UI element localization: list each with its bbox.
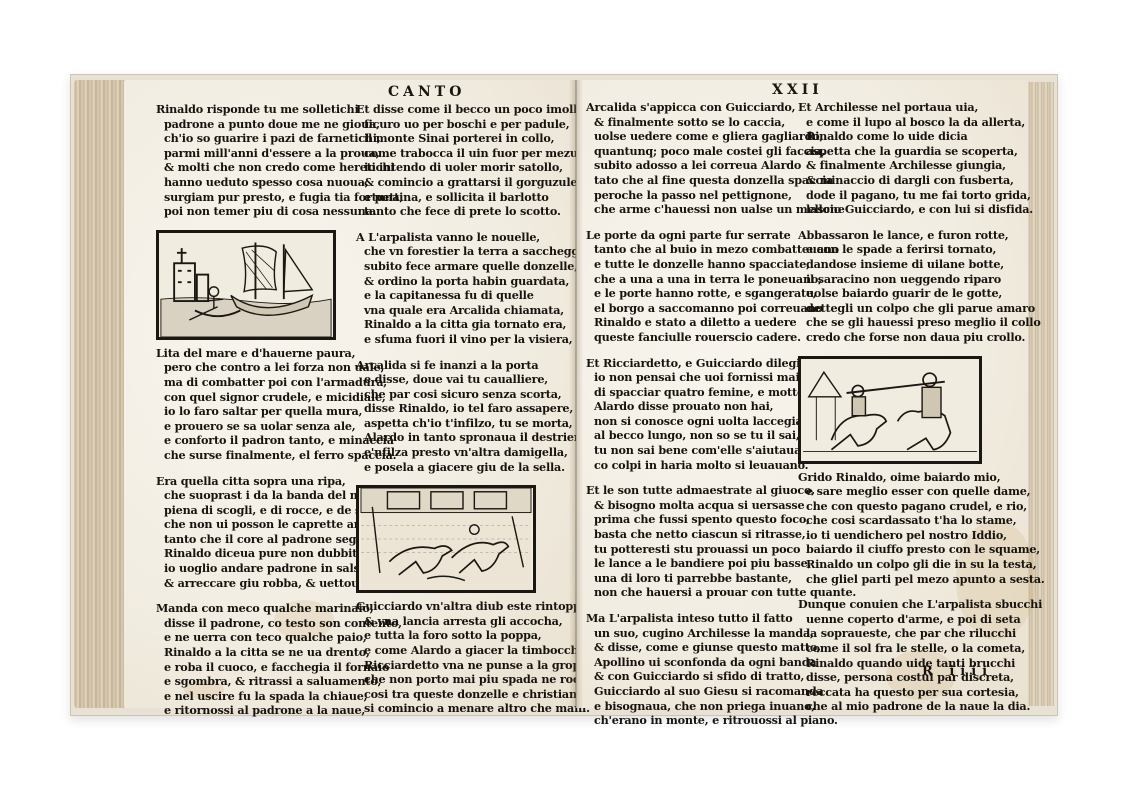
- verse-line: io ti uendichero pel nostro Iddio,: [798, 528, 1016, 543]
- ship-harbor-woodcut: [156, 230, 336, 340]
- verse-line: non si conosce ogni uolta laccegia: [586, 414, 804, 429]
- verse-line: tanto che al buio in mezo combatteuano: [586, 242, 804, 257]
- verse-line: che cosi scardassato t'ha lo stame,: [798, 513, 1016, 528]
- verse-line: che arme c'hauessi non ualse un mellone: [586, 202, 804, 217]
- verse-line: e tutta la foro sotto la poppa,: [356, 628, 574, 643]
- left-page: CANTO Rinaldo risponde tu me solletichip…: [124, 80, 576, 708]
- verse-line: Ma L'arpalista inteso tutto il fatto: [586, 611, 804, 626]
- verse-line: Era quella citta sopra una ripa,: [156, 474, 374, 489]
- verse-line: & bisogno molta acqua si uersasse: [586, 498, 804, 513]
- jousting-knights-woodcut: [798, 356, 982, 464]
- verse-line: & molti che non credo come heretichi: [156, 160, 374, 175]
- verse-line: Rinaldo diceua pure non dubbitare,: [156, 546, 374, 561]
- verse-line: io lo faro saltar per quella mura,: [156, 404, 374, 419]
- verse-line: e le porte hanno rotte, e sgangerate,: [586, 286, 804, 301]
- page-edges-left: [74, 80, 128, 708]
- verse-line: Et disse come il becco un poco imollo: [356, 102, 574, 117]
- verse-line: prima che fussi spento questo foco,: [586, 512, 804, 527]
- right-page-column-1: Arcalida s'appicca con Guicciardo,& fina…: [586, 100, 804, 739]
- verse-line: subito adosso a lei correua Alardo: [586, 158, 804, 173]
- verse-line: che a una a una in terra le poneuano,: [586, 272, 804, 287]
- verse-line: Rinaldo a la citta gia tornato era,: [356, 317, 574, 332]
- stanza: Le porte da ogni parte fur serratetanto …: [586, 228, 804, 345]
- stanza: Dunque conuien che L'arpalista sbucchiue…: [798, 597, 1016, 714]
- verse-line: tato che al fine questa donzella spaccia: [586, 173, 804, 188]
- verse-line: Ricciardetto vna ne punse a la groppa: [356, 658, 574, 673]
- stanza: Et le son tutte admaestrate al giuoco,& …: [586, 483, 804, 600]
- verse-line: che con questo pagano crudel, e rio,: [798, 499, 1016, 514]
- stanza: Et Ricciardetto, e Guicciardo dilegiaio …: [586, 356, 804, 473]
- verse-line: e sare meglio esser con quelle dame,: [798, 484, 1016, 499]
- verse-line: piena di scogli, e di rocce, e de stipa,: [156, 503, 374, 518]
- verse-line: e ne uerra con teco qualche paio,: [156, 630, 374, 645]
- verse-line: surgiam pur presto, e fugia tia fortuna,: [156, 190, 374, 205]
- verse-line: Lita del mare e d'hauerne paura,: [156, 346, 374, 361]
- verse-line: co colpi in haria molto si leuauano.: [586, 458, 804, 473]
- verse-line: il monte Sinai porterei in collo,: [356, 131, 574, 146]
- verse-line: & vna lancia arresta gli accocha,: [356, 614, 574, 629]
- verse-line: Rinaldo un colpo gli die in su la testa,: [798, 557, 1016, 572]
- stanza: Abbassaron le lance, e furon rotte,e con…: [798, 228, 1016, 345]
- verse-line: Arcalida s'appicca con Guicciardo,: [586, 100, 804, 115]
- verse-line: come trabocca il uin fuor per mezule,: [356, 146, 574, 161]
- verse-line: Guicciardo vn'altra diub este rintoppa,: [356, 599, 574, 614]
- verse-line: queste fanciulle rouerscio cadere.: [586, 330, 804, 345]
- verse-line: Et Ricciardetto, e Guicciardo dilegia: [586, 356, 804, 371]
- verse-line: ma di combatter poi con l'armadura,: [156, 375, 374, 390]
- verse-line: poi non temer piu di cosa nessuna.: [156, 204, 374, 219]
- verse-line: & arreccare giu robba, & uettouaglia.: [156, 576, 374, 591]
- verse-line: Manda con meco qualche marinaio,: [156, 601, 374, 616]
- left-page-column-2: Et disse come il becco un poco imollofic…: [356, 102, 574, 727]
- verse-line: che non porto mai piu spada ne roccha: [356, 672, 574, 687]
- verse-line: aspetta che la guardia se scoperta,: [798, 144, 1016, 159]
- verse-line: Et Archilesse nel portaua uia,: [798, 100, 1016, 115]
- verse-line: disse Rinaldo, io tel faro assapere,: [356, 401, 574, 416]
- verse-line: e nel uscire fu la spada la chiaue,: [156, 689, 374, 704]
- stanza: Guicciardo vn'altra diub este rintoppa,&…: [356, 599, 574, 716]
- verse-line: un suo, cugino Archilesse la manda,: [586, 626, 804, 641]
- verse-line: & disse, come e giunse questo matto,: [586, 640, 804, 655]
- verse-line: con quel signor crudele, e micidiale,: [156, 390, 374, 405]
- verse-line: tanto che il core al padrone segli scipa…: [156, 532, 374, 547]
- stanza: Et disse come il becco un poco imollofic…: [356, 102, 574, 219]
- verse-line: vna quale era Arcalida chiamata,: [356, 303, 574, 318]
- verse-line: Dunque conuien che L'arpalista sbucchi: [798, 597, 1016, 612]
- verse-line: parmi mill'anni d'essere a la proua,: [156, 146, 374, 161]
- verse-line: e tutte le donzelle hanno spacciate,: [586, 257, 804, 272]
- verse-line: che par cosi sicuro senza scorta,: [356, 387, 574, 402]
- verse-line: e roba il cuoco, e facchegia il fornaio: [156, 660, 374, 675]
- verse-line: Rinaldo risponde tu me solletichi: [156, 102, 374, 117]
- stanza: Arcalida si fe inanzi a la portae disse,…: [356, 358, 574, 475]
- stanza: Grido Rinaldo, oime baiardo mio,e sare m…: [798, 470, 1016, 587]
- signature-mark: R iiii: [922, 664, 993, 679]
- verse-line: Grido Rinaldo, oime baiardo mio,: [798, 470, 1016, 485]
- verse-line: Alardo disse prouato non hai,: [586, 399, 804, 414]
- verse-line: una di loro ti parrebbe bastante,: [586, 571, 804, 586]
- verse-line: non che hauersi a prouar con tutte quant…: [586, 585, 804, 600]
- verse-line: Arcalida si fe inanzi a la porta: [356, 358, 574, 373]
- verse-line: Et le son tutte admaestrate al giuoco,: [586, 483, 804, 498]
- verse-line: & comincio a grattarsi il gorguzule,: [356, 175, 574, 190]
- verse-line: e sfuma fuori il vino per la visiera,: [356, 332, 574, 347]
- verse-line: e prouero se sa uolar senza ale,: [156, 419, 374, 434]
- verse-line: uolse baiardo guarir de le gotte,: [798, 286, 1016, 301]
- right-page-column-2: Et Archilesse nel portaua uia,e come il …: [798, 100, 1016, 725]
- verse-line: Le porte da ogni parte fur serrate: [586, 228, 804, 243]
- tournament-woodcut: [356, 485, 536, 593]
- verse-line: & finalmente Archilesse giungia,: [798, 158, 1016, 173]
- verse-line: reccata ha questo per sua cortesia,: [798, 685, 1016, 700]
- verse-line: e come Alardo a giacer la timboccha,: [356, 643, 574, 658]
- verse-line: e con le spade a ferirsi tornato,: [798, 242, 1016, 257]
- verse-line: le lance a le bandiere poi piu basse,: [586, 556, 804, 571]
- verse-line: Rinaldo a la citta se ne ua drento,: [156, 645, 374, 660]
- verse-line: che suoprast i da la banda del mare,: [156, 488, 374, 503]
- running-head-chapter-number: XXII: [772, 82, 823, 98]
- verse-line: Guicciardo al suo Giesu si racomanda: [586, 684, 804, 699]
- stanza: Rinaldo risponde tu me solletichipadrone…: [156, 102, 374, 219]
- verse-line: il saracino non ueggendo riparo: [798, 272, 1016, 287]
- verse-line: Rinaldo come lo uide dicia: [798, 129, 1016, 144]
- verse-line: e conforto il padron tanto, e minaccia: [156, 433, 374, 448]
- verse-line: che vn forestier la terra a saccheggiata: [356, 244, 574, 259]
- book-gutter: [569, 80, 583, 708]
- verse-line: cosi tra queste donzelle e christiani: [356, 687, 574, 702]
- verse-line: quantunq; poco male costei gli faccia,: [586, 144, 804, 159]
- verse-line: lascio Guicciardo, e con lui si disfida.: [798, 202, 1016, 217]
- verse-line: e pettina, e sollicita il barlotto: [356, 190, 574, 205]
- verse-line: ch'io so guarire i pazi de farnetichi,: [156, 131, 374, 146]
- verse-line: di spacciar quatro femine, e mottegia: [586, 385, 804, 400]
- verse-line: dettegli un colpo che gli parue amaro: [798, 301, 1016, 316]
- verse-line: basta che netto ciascun si ritrasse,: [586, 527, 804, 542]
- verse-line: che non ui posson le caprette andare: [156, 517, 374, 532]
- stanza: Et Archilesse nel portaua uia,e come il …: [798, 100, 1016, 217]
- verse-line: aspetta ch'io t'infilzo, tu se morta,: [356, 416, 574, 431]
- verse-line: al becco lungo, non so se tu il sai,: [586, 428, 804, 443]
- verse-line: la sopraueste, che par che rilucchi: [798, 626, 1016, 641]
- verse-line: uenne coperto d'arme, e poi di seta: [798, 612, 1016, 627]
- verse-line: dode il pagano, tu me fai torto grida,: [798, 188, 1016, 203]
- stanza: Era quella citta sopra una ripa,che suop…: [156, 474, 374, 591]
- verse-line: che gliel parti pel mezo apunto a sesta.: [798, 572, 1016, 587]
- verse-line: e la capitanessa fu di quelle: [356, 288, 574, 303]
- stanza: Arcalida s'appicca con Guicciardo,& fina…: [586, 100, 804, 217]
- verse-line: credo che forse non daua piu crollo.: [798, 330, 1016, 345]
- verse-line: io intendo di uoler morir satollo,: [356, 160, 574, 175]
- verse-line: hanno ueduto spesso cosa nuoua,: [156, 175, 374, 190]
- open-book: CANTO Rinaldo risponde tu me solletichip…: [64, 68, 1060, 720]
- verse-line: el borgo a saccomanno poi correuano: [586, 301, 804, 316]
- running-head-canto: CANTO: [388, 84, 465, 100]
- verse-line: baiardo il ciuffo presto con le squame,: [798, 542, 1016, 557]
- verse-line: si comincio a menare altro che mani.: [356, 701, 574, 716]
- verse-line: Abbassaron le lance, e furon rotte,: [798, 228, 1016, 243]
- verse-line: tu non sai bene com'elle s'aiutauano: [586, 443, 804, 458]
- verse-line: e sgombra, & ritrassi a saluamento,: [156, 674, 374, 689]
- verse-line: che al mio padrone de la naue la dia.: [798, 699, 1016, 714]
- verse-line: disse il padrone, co testo son contento,: [156, 616, 374, 631]
- stanza: Lita del mare e d'hauerne paura,pero che…: [156, 346, 374, 463]
- verse-line: padrone a punto doue me ne gioua,: [156, 117, 374, 132]
- verse-line: io non pensai che uoi fornissi mai: [586, 370, 804, 385]
- verse-line: & con Guicciardo si sfido di tratto,: [586, 669, 804, 684]
- verse-line: tu potteresti stu prouassi un poco: [586, 542, 804, 557]
- verse-line: A L'arpalista vanno le nouelle,: [356, 230, 574, 245]
- stanza: A L'arpalista vanno le nouelle,che vn fo…: [356, 230, 574, 347]
- verse-line: & ordino la porta habin guardata,: [356, 274, 574, 289]
- right-page: XXII Arcalida s'appicca con Guicciardo,&…: [576, 80, 1028, 708]
- verse-line: che surse finalmente, el ferro spaccia.: [156, 448, 374, 463]
- verse-line: tanto che fece di prete lo scotto.: [356, 204, 574, 219]
- verse-line: dandose insieme di uilane botte,: [798, 257, 1016, 272]
- verse-line: io uoglio andare padrone in salsicaglia: [156, 561, 374, 576]
- verse-line: e ritornossi al padrone a la naue,: [156, 703, 374, 718]
- verse-line: ficuro uo per boschi e per padule,: [356, 117, 574, 132]
- verse-line: Rinaldo e stato a diletto a uedere: [586, 315, 804, 330]
- verse-line: e posela a giacere giu de la sella.: [356, 460, 574, 475]
- verse-line: e bisognaua, che non priega inuano,: [586, 699, 804, 714]
- verse-line: e'nfilza presto vn'altra damigella,: [356, 445, 574, 460]
- verse-line: peroche la passo nel pettignone,: [586, 188, 804, 203]
- stanza: Ma L'arpalista inteso tutto il fattoun s…: [586, 611, 804, 728]
- stanza: Manda con meco qualche marinaio,disse il…: [156, 601, 374, 718]
- verse-line: & finalmente sotto se lo caccia,: [586, 115, 804, 130]
- verse-line: & minaccio di dargli con fusberta,: [798, 173, 1016, 188]
- verse-line: subito fece armare quelle donzelle,: [356, 259, 574, 274]
- verse-line: ch'erano in monte, e ritrouossi al piano…: [586, 713, 804, 728]
- verse-line: come il sol fra le stelle, o la cometa,: [798, 641, 1016, 656]
- verse-line: pero che contro a lei forza non uale,: [156, 360, 374, 375]
- verse-line: uolse uedere come e gliera gagliardo,: [586, 129, 804, 144]
- verse-line: Alardo in tanto spronaua il destriere,: [356, 430, 574, 445]
- verse-line: Apollino ui sconfonda da ogni banda: [586, 655, 804, 670]
- verse-line: e come il lupo al bosco la da allerta,: [798, 115, 1016, 130]
- verse-line: che se gli hauessi preso meglio il collo: [798, 315, 1016, 330]
- verse-line: e disse, doue vai tu caualliere,: [356, 372, 574, 387]
- left-page-column-1: Rinaldo risponde tu me solletichipadrone…: [156, 102, 374, 729]
